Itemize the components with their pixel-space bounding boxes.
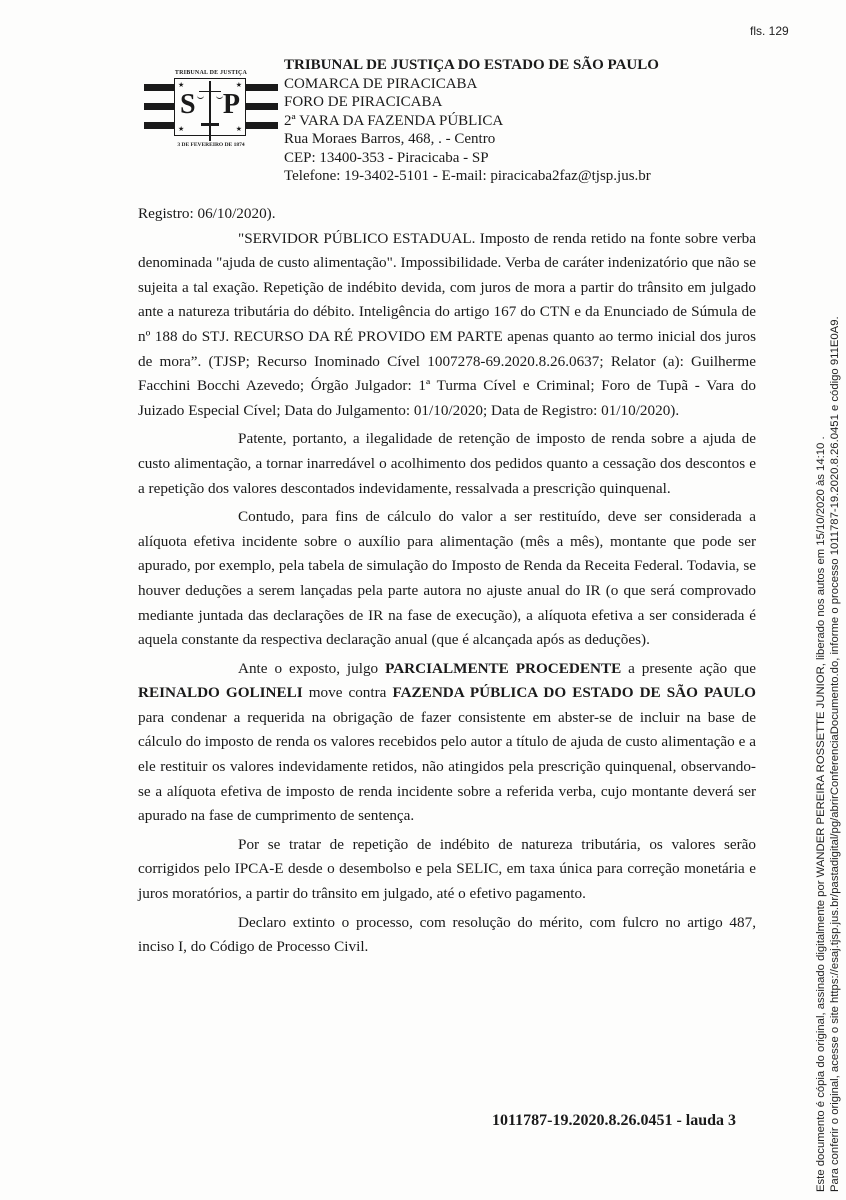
logo-shield: ★ ★ ★ ★ S P — [174, 78, 246, 136]
paragraph-registro: Registro: 06/10/2020). — [138, 202, 756, 227]
court-header: TRIBUNAL DE JUSTIÇA ★ ★ ★ ★ S P 3 DE FEV… — [144, 56, 704, 196]
scales-icon — [199, 91, 221, 92]
star-icon: ★ — [178, 81, 184, 89]
sword-icon — [209, 81, 211, 141]
logo-letter-p: P — [223, 91, 240, 119]
tjsp-logo: TRIBUNAL DE JUSTIÇA ★ ★ ★ ★ S P 3 DE FEV… — [144, 70, 278, 156]
court-name: TRIBUNAL DE JUSTIÇA DO ESTADO DE SÃO PAU… — [284, 56, 659, 75]
logo-top-text: TRIBUNAL DE JUSTIÇA — [144, 70, 278, 76]
foro: FORO DE PIRACICABA — [284, 93, 659, 112]
text: para condenar a requerida na obrigação d… — [138, 709, 756, 824]
vara: 2ª VARA DA FAZENDA PÚBLICA — [284, 112, 659, 131]
comarca: COMARCA DE PIRACICABA — [284, 75, 659, 94]
defendant-name: FAZENDA PÚBLICA DO ESTADO DE SÃO PAULO — [392, 684, 756, 701]
text: Ante o exposto, julgo — [238, 660, 385, 677]
folio-number: fls. 129 — [750, 24, 789, 38]
sword-guard-icon — [201, 123, 219, 126]
postal-code: CEP: 13400-353 - Piracicaba - SP — [284, 149, 659, 168]
text: a presente ação que — [621, 660, 756, 677]
paragraph-contudo: Contudo, para fins de cálculo do valor a… — [138, 505, 756, 653]
star-icon: ★ — [236, 81, 242, 89]
paragraph-patente: Patente, portanto, a ilegalidade de rete… — [138, 427, 756, 501]
digital-signature-notice: Este documento é cópia do original, assi… — [814, 436, 828, 1192]
contact-info: Telefone: 19-3402-5101 - E-mail: piracic… — [284, 167, 659, 186]
document-body: Registro: 06/10/2020). "SERVIDOR PÚBLICO… — [138, 202, 756, 960]
paragraph-ementa: "SERVIDOR PÚBLICO ESTADUAL. Imposto de r… — [138, 227, 756, 424]
scale-pan-icon — [197, 94, 204, 99]
logo-bottom-text: 3 DE FEVEREIRO DE 1874 — [144, 142, 278, 148]
verdict: PARCIALMENTE PROCEDENTE — [385, 660, 621, 677]
logo-letter-s: S — [180, 91, 196, 119]
star-icon: ★ — [236, 125, 242, 133]
street-address: Rua Moraes Barros, 468, . - Centro — [284, 130, 659, 149]
verification-notice: Para conferir o original, acesse o site … — [828, 316, 842, 1192]
paragraph-correcao: Por se tratar de repetição de indébito d… — [138, 833, 756, 907]
paragraph-dispositivo: Ante o exposto, julgo PARCIALMENTE PROCE… — [138, 657, 756, 829]
star-icon: ★ — [178, 125, 184, 133]
plaintiff-name: REINALDO GOLINELI — [138, 684, 303, 701]
text: move contra — [303, 684, 393, 701]
process-number-footer: 1011787-19.2020.8.26.0451 - lauda 3 — [492, 1112, 736, 1130]
court-address-block: TRIBUNAL DE JUSTIÇA DO ESTADO DE SÃO PAU… — [284, 56, 659, 186]
paragraph-extincao: Declaro extinto o processo, com resoluçã… — [138, 911, 756, 960]
